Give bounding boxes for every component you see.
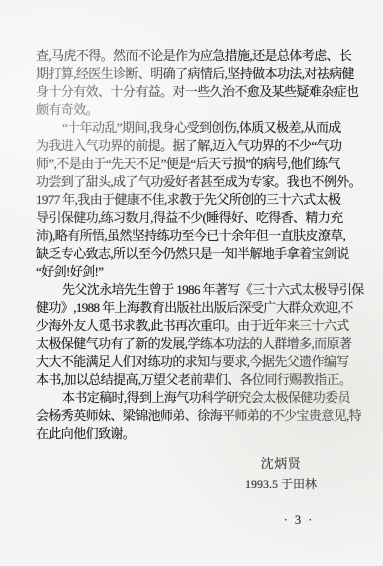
text-line: 期打算,经医生诊断、明确了病情后,坚持做本功法,对祛病健 — [36, 65, 356, 83]
signature-date-place: 1993.5 于田林 — [245, 474, 317, 495]
text-line: 为我进入气功界的前提。据了解,迈入气功界的不少“气功 — [36, 137, 356, 155]
signature-block: 沈炳贤 1993.5 于田林 — [245, 453, 317, 495]
text-line: 1977 年,我由于健康不佳,求教于先父所创的三十六式太极 — [36, 191, 356, 209]
text-line: 身十分有效、十分有益。对一些久治不愈及某些疑难杂症也 — [36, 83, 356, 101]
paragraph: 查,马虎不得。然而不论是作为应急措施,还是总体考虑、长 期打算,经医生诊断、明确… — [36, 47, 356, 119]
text-line: 本书定稿时,得到上海气功科学研究会太极保健功委员 — [36, 389, 356, 407]
text-line: 导引保健功,练习数月,得益不少(睡得好、吃得香、精力充 — [36, 209, 356, 227]
paragraph: 先父沈永培先生曾于 1986 年著写《三十六式太极导引保 健功》,1988 年上… — [36, 281, 356, 389]
text-line: 缺乏专心致志,所以至今仍然只是一知半解地手拿着宝剑说 — [36, 245, 356, 263]
text-line: 大大不能满足人们对练功的求知与要求,今据先父遗作编写 — [36, 353, 356, 371]
scanned-book-page: 查,马虎不得。然而不论是作为应急措施,还是总体考虑、长 期打算,经医生诊断、明确… — [0, 0, 383, 566]
text-line: 在此向他们致谢。 — [36, 425, 356, 443]
text-line: 会杨秀英师妹、梁锦池师弟、徐海平师弟的不少宝贵意见,特 — [36, 407, 356, 425]
text-line: 功尝到了甜头,成了气功爱好者甚至成为专家。我也不例外。 — [36, 173, 356, 191]
body-text: 查,马虎不得。然而不论是作为应急措施,还是总体考虑、长 期打算,经医生诊断、明确… — [36, 47, 356, 443]
text-line: “好剑!好剑!” — [36, 263, 356, 281]
text-line: 颇有奇效。 — [36, 101, 356, 119]
page-number: · 3 · — [0, 513, 383, 528]
text-line: 健功》,1988 年上海教育出版社出版后深受广大群众欢迎,不 — [36, 299, 356, 317]
text-line: 少海外友人觅书求教,此书再次重印。由于近年来三十六式 — [36, 317, 356, 335]
text-line: 太极保健气功有了新的发展,学练本功法的人群增多,而原著 — [36, 335, 356, 353]
paragraph: 本书定稿时,得到上海气功科学研究会太极保健功委员 会杨秀英师妹、梁锦池师弟、徐海… — [36, 389, 356, 443]
text-line: 先父沈永培先生曾于 1986 年著写《三十六式太极导引保 — [36, 281, 356, 299]
text-line: 沛),略有所悟,虽然坚持练功至今已十余年但一直肤皮潦草, — [36, 227, 356, 245]
text-line: 本书,加以总结提高,万望父老前辈们、各位同行赐教指正。 — [36, 371, 356, 389]
text-line: “十年动乱”期间,我身心受到创伤,体质又极差,从而成 — [36, 119, 356, 137]
author-signature: 沈炳贤 — [245, 453, 317, 474]
paragraph: “十年动乱”期间,我身心受到创伤,体质又极差,从而成 为我进入气功界的前提。据了… — [36, 119, 356, 281]
text-line: 查,马虎不得。然而不论是作为应急措施,还是总体考虑、长 — [36, 47, 356, 65]
text-line: 师”,不是由于“先天不足”便是“后天亏损”的病号,他们练气 — [36, 155, 356, 173]
